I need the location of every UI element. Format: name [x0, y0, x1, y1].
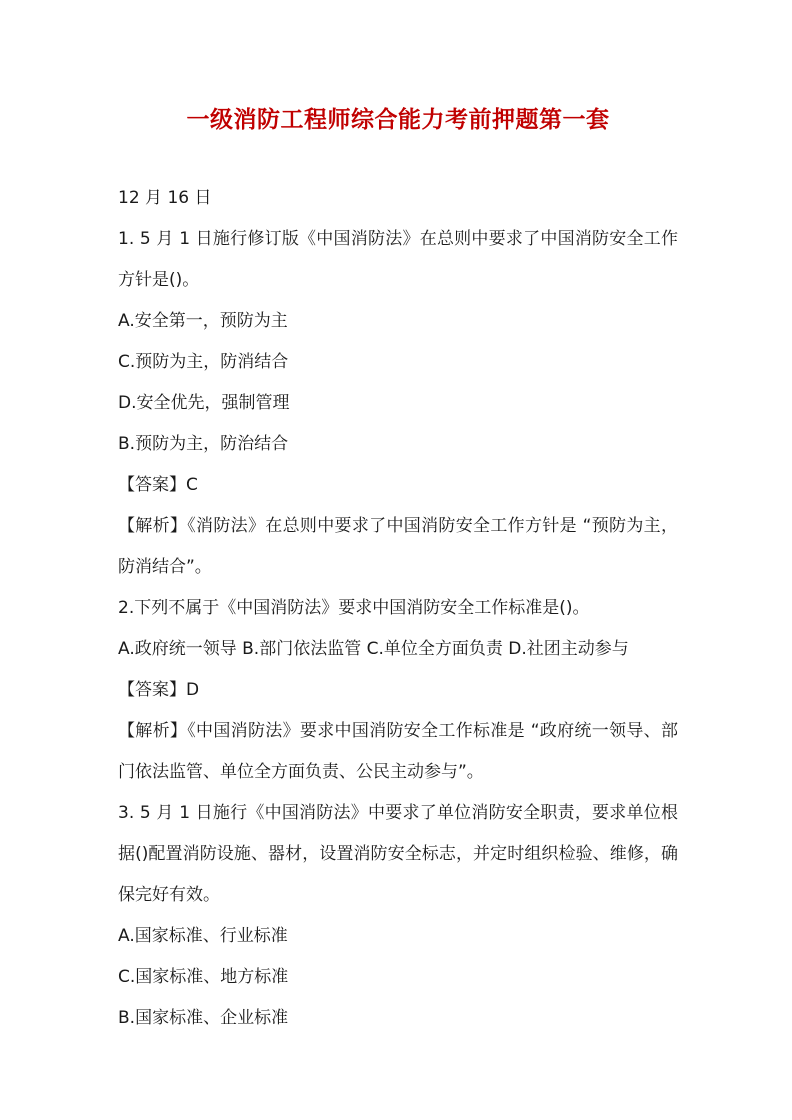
question-1-option-c: C.预防为主，防消结合 — [118, 342, 678, 383]
question-block-1: 1. 5 月 1 日施行修订版《中国消防法》在总则中要求了中国消防安全工作方针是… — [118, 219, 678, 588]
question-2-answer-line: 【答案】D — [118, 670, 678, 711]
question-3-option-c: C.国家标准、地方标准 — [118, 957, 678, 998]
question-2-options-line: A.政府统一领导 B.部门依法监管 C.单位全方面负责 D.社团主动参与 — [118, 629, 678, 670]
document-page: 一级消防工程师综合能力考前押题第一套 12 月 16 日 1. 5 月 1 日施… — [0, 0, 792, 1120]
question-3-option-a: A.国家标准、行业标准 — [118, 916, 678, 957]
question-2-analysis-line: 【解析】《中国消防法》要求中国消防安全工作标准是 “政府统一领导、部门依法监管、… — [118, 711, 678, 793]
question-1-option-d: D.安全优先，强制管理 — [118, 383, 678, 424]
question-1-answer-line: 【答案】C — [118, 465, 678, 506]
question-3-option-b: B.国家标准、企业标准 — [118, 998, 678, 1039]
date-line: 12 月 16 日 — [118, 178, 678, 219]
question-3-stem: 3. 5 月 1 日施行《中国消防法》中要求了单位消防安全职责，要求单位根据()… — [118, 793, 678, 916]
question-1-option-a: A.安全第一，预防为主 — [118, 301, 678, 342]
document-title: 一级消防工程师综合能力考前押题第一套 — [118, 104, 678, 136]
question-1-analysis-line: 【解析】《消防法》在总则中要求了中国消防安全工作方针是 “预防为主，防消结合”。 — [118, 506, 678, 588]
question-block-2: 2.下列不属于《中国消防法》要求中国消防安全工作标准是()。 A.政府统一领导 … — [118, 588, 678, 793]
question-block-3: 3. 5 月 1 日施行《中国消防法》中要求了单位消防安全职责，要求单位根据()… — [118, 793, 678, 1039]
document-content: 一级消防工程师综合能力考前押题第一套 12 月 16 日 1. 5 月 1 日施… — [0, 0, 792, 1039]
question-2-stem: 2.下列不属于《中国消防法》要求中国消防安全工作标准是()。 — [118, 588, 678, 629]
question-1-stem: 1. 5 月 1 日施行修订版《中国消防法》在总则中要求了中国消防安全工作方针是… — [118, 219, 678, 301]
question-1-option-b: B.预防为主，防治结合 — [118, 424, 678, 465]
